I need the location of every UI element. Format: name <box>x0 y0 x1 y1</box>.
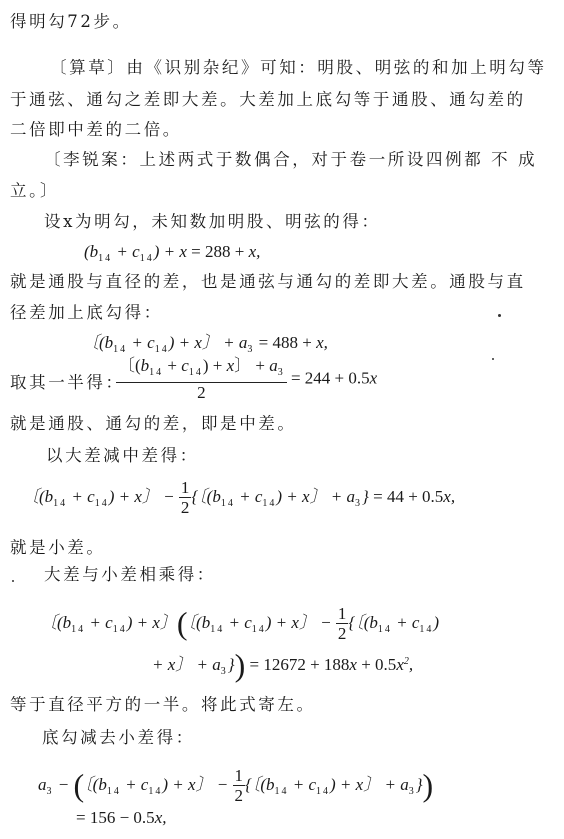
eq1-rhs: = 288 + <box>191 242 248 261</box>
text-line-16: 底勾减去小差得： <box>42 728 195 748</box>
scan-speck <box>492 358 494 360</box>
equation-1: (b14 + c14) + x = 288 + x, <box>84 242 260 269</box>
text-line-6: 立。〕 <box>10 181 59 201</box>
text-line-1: 得明勾72步。 <box>10 12 132 32</box>
text-line-14: 大差与小差相乘得： <box>44 565 216 585</box>
eq5-rhs: = 12672 + 188 <box>249 655 349 674</box>
text-line-12: 以大差减中差得： <box>46 446 199 466</box>
text-line-8: 就是通股与直径的差，也是通弦与通勾的差即大差。通股与直 <box>10 272 526 292</box>
eq6-rhs: = 156 − 0.5 <box>76 808 155 827</box>
equation-4: 〔(b14 + c14) + x〕 − 12{〔(b14 + c14) + x〕… <box>22 478 455 518</box>
text-line-15: 等于直径平方的一半。将此式寄左。 <box>10 695 316 715</box>
text-line-4: 二倍即中差的二倍。 <box>10 120 182 140</box>
scan-speck <box>12 580 14 582</box>
eq3-rhs: = 244 + 0.5 <box>291 368 370 387</box>
eq2-rhs: = 488 + <box>259 333 316 352</box>
equation-5-line-1: 〔(b14 + c14) + x〕(〔(b14 + c14) + x〕 − 12… <box>40 604 439 644</box>
fraction-half: 〔(b14 + c14) + x〕 + a3 2 <box>116 356 287 403</box>
eq4-rhs: = 44 + 0.5 <box>373 487 443 506</box>
equation-3: 〔(b14 + c14) + x〕 + a3 2 = 244 + 0.5x <box>116 356 377 403</box>
text-line-7: 设x为明勾，未知数加明股、明弦的得： <box>44 212 381 232</box>
equation-6-line-2: = 156 − 0.5x, <box>76 808 166 828</box>
equation-6-line-1: a3 − (〔(b14 + c14) + x〕 − 12{〔(b14 + c14… <box>38 766 433 806</box>
text-line-11: 就是通股、通勾的差，即是中差。 <box>10 414 297 434</box>
text-line-3: 于通弦、通勾之差即大差。大差加上底勾等于通股、通勾差的 <box>10 90 526 110</box>
text-line-13: 就是小差。 <box>10 538 106 558</box>
text-line-5: 〔李锐案：上述两式于数偶合，对于卷一所设四例都 不 成 <box>44 150 537 170</box>
equation-5-line-2: + x〕 + a3}) = 12672 + 188x + 0.5x2, <box>152 652 413 682</box>
text-line-9: 径差加上底勾得： <box>10 303 163 323</box>
text-line-10: 取其一半得： <box>10 373 125 393</box>
text-line-2: 〔算草〕由《识别杂纪》可知：明股、明弦的和加上明勾等 <box>50 58 547 78</box>
scan-speck <box>498 314 501 317</box>
